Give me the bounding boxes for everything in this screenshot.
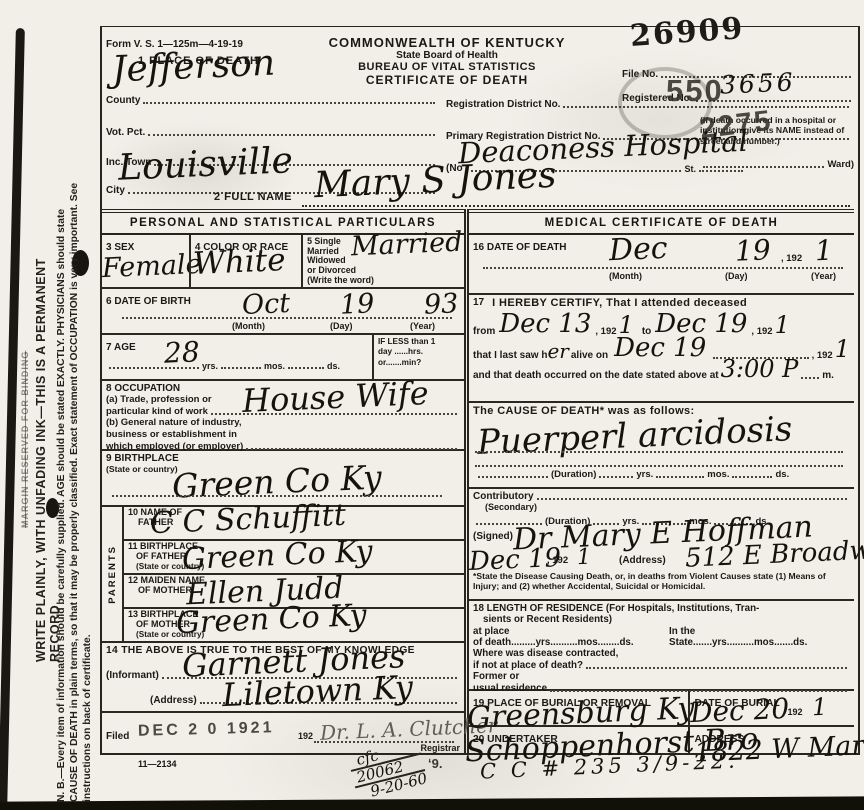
father-name-value: C C Schuffitt (149, 501, 346, 540)
personal-column: PERSONAL AND STATISTICAL PARTICULARS 3 S… (102, 209, 464, 753)
sex-race-marital-row: 3 SEX Female 4 COLOR OR RACE White 5 Sin… (102, 235, 464, 289)
occupation-b1: (b) General nature of industry, (106, 417, 460, 429)
parents-vertical-label: PARENTS (102, 507, 124, 641)
cause-duration-label: (Duration) (551, 469, 596, 480)
signed-year-value: 1 (577, 547, 592, 570)
informant-block: 14 THE ABOVE IS TRUE TO THE BEST OF MY K… (102, 643, 464, 713)
margin-note-binding: MARGIN RESERVED FOR BINDING (20, 296, 30, 528)
commonwealth-title: COMMONWEALTH OF KENTUCKY (282, 35, 612, 50)
contributory-row: Contributory (Secondary) (Duration) yrs.… (469, 489, 854, 601)
age-label: 7 AGE (106, 342, 136, 353)
header-titles: COMMONWEALTH OF KENTUCKY State Board of … (282, 35, 612, 87)
registration-district-value: 550 (666, 73, 724, 109)
dod-day-value: 19 (734, 236, 771, 266)
if-less-line-1: IF LESS than 1 (378, 337, 460, 347)
columns: PERSONAL AND STATISTICAL PARTICULARS 3 S… (102, 209, 854, 753)
vot-pct-label: Vot. Pct. (106, 127, 145, 138)
county-value: Jefferson (111, 45, 276, 88)
city-label: City (106, 185, 125, 196)
residence-row: 18 LENGTH OF RESIDENCE (For Hospitals, I… (469, 599, 854, 691)
certify-statement: I HEREBY CERTIFY, That I attended deceas… (492, 297, 747, 309)
attended-from-label: from (473, 326, 495, 337)
cause-footnote: *State the Disease Causing Death, or, in… (473, 571, 845, 592)
margin-note-nb: N. B.—Every item of information should b… (56, 174, 95, 802)
dod-year-hint: (Year) (811, 271, 836, 281)
undertaker-row: 20 UNDERTAKER Schoppenhorst Bro ADDRESS … (469, 727, 854, 753)
cause-ds: ds. (775, 469, 789, 480)
race-cell: 4 COLOR OR RACE White (189, 235, 301, 287)
parents-rows: 10 NAME OF FATHER C C Schuffitt 11 BIRTH… (124, 507, 464, 641)
street-st-label: St. (684, 164, 696, 174)
residence-at-place-2: of death.........yrs..........mos.......… (473, 637, 669, 648)
registered-no-value: 3656 (719, 69, 796, 97)
dod-month-hint: (Month) (609, 271, 642, 281)
last-saw-value: Dec 19 (614, 335, 706, 361)
vot-pct-line: Vot. Pct. (106, 127, 438, 138)
scan-edge-bottom (0, 796, 864, 810)
medical-column: MEDICAL CERTIFICATE OF DEATH 16 DATE OF … (464, 209, 854, 753)
cause-of-death-row: The CAUSE OF DEATH* was as follows: Puer… (469, 403, 854, 489)
last-saw-label: that I last saw h (473, 350, 547, 361)
time-m-label: m. (822, 370, 834, 381)
occupation-value: House Wife (241, 377, 429, 417)
dob-label: 6 DATE OF BIRTH (106, 296, 191, 307)
dob-day-value: 19 (339, 290, 375, 318)
occupation-a2: particular kind of work (106, 406, 208, 417)
footer-form-code: 11—2134 (138, 759, 177, 769)
signed-year-prefix: , 192 (547, 555, 568, 566)
bureau-title: BUREAU OF VITAL STATISTICS (282, 61, 612, 73)
alive-on-label: alive on (571, 350, 608, 361)
board-title: State Board of Health (282, 50, 612, 61)
county-line: County (106, 95, 438, 106)
signed-label: (Signed) (473, 531, 513, 542)
registration-district-label: Registration District No. (446, 99, 560, 110)
dod-year-value: 1 (814, 237, 833, 266)
attended-from-value: Dec 13 (499, 311, 591, 337)
signed-address-label: (Address) (619, 555, 666, 566)
if-less-line-2: day ......hrs. (378, 347, 460, 357)
last-saw-pronoun: er (547, 341, 568, 361)
death-certificate-scan: MARGIN RESERVED FOR BINDING WRITE PLAINL… (0, 0, 864, 810)
city-value: Louisville (117, 143, 293, 187)
occupation-row: 8 OCCUPATION (a) Trade, profession or pa… (102, 381, 464, 451)
age-cell: 7 AGE 28 yrs. mos. ds. (102, 335, 372, 379)
residence-contracted: Where was disease contracted, (473, 648, 850, 660)
burial-date-cell: DATE OF BURIAL Dec 20 , 192 1 (688, 691, 854, 725)
dob-month-value: Oct (241, 290, 290, 319)
residence-at-place-1: at place (473, 626, 669, 637)
residence-in-state-1: In the (669, 626, 850, 637)
occupation-b2: business or establishment in (106, 429, 460, 441)
filed-row: Filed DEC 2 0 1921 192 Dr. L. A. Clutche… (102, 713, 464, 753)
informant-address-value: Liletown Ky (221, 671, 413, 711)
dob-year-hint: (Year) (410, 321, 435, 331)
dod-month-value: Dec (608, 234, 668, 267)
certificate-form: Form V. S. 1—125m—4-19-19 COMMONWEALTH O… (100, 26, 860, 755)
burial-row: 19 PLACE OF BURIAL OR REMOVAL Greensburg… (469, 691, 854, 727)
certify-number: 17 (473, 297, 484, 308)
father-birthplace-value: Green Co Ky (181, 537, 373, 575)
certificate-number: 26909 (629, 11, 746, 54)
signed-address-value: 512 E Broadway (685, 536, 864, 571)
mother-birthplace-row: 13 BIRTHPLACE OF MOTHER (State or countr… (124, 609, 464, 641)
filed-year-prefix: 192 (298, 731, 313, 741)
certificate-title: CERTIFICATE OF DEATH (282, 73, 612, 87)
cause-yrs: yrs. (636, 469, 653, 480)
death-time-value: 3:00 P (721, 357, 799, 381)
residence-if-not: if not at place of death? (473, 660, 583, 671)
dob-day-hint: (Day) (330, 321, 353, 331)
county-label: County (106, 95, 140, 106)
filed-date-stamp: DEC 2 0 1921 (138, 719, 275, 741)
dod-year-prefix: , 192 (781, 253, 802, 264)
age-mos-label: mos. (264, 361, 285, 371)
father-name-row: 10 NAME OF FATHER C C Schuffitt (124, 507, 464, 541)
residence-former: Former or (473, 671, 850, 683)
if-less-line-3: or.......min? (378, 358, 460, 368)
occurred-label: and that death occurred on the date stat… (473, 370, 719, 381)
informant-label: (Informant) (106, 670, 159, 681)
burial-place-cell: 19 PLACE OF BURIAL OR REMOVAL Greensburg… (469, 691, 688, 725)
if-less-cell: IF LESS than 1 day ......hrs. or.......m… (372, 335, 464, 379)
date-of-death-row: 16 DATE OF DEATH Dec 19 , 192 1 (Month) … (469, 235, 854, 295)
marital-value: Married (351, 229, 464, 261)
residence-label-1: 18 LENGTH OF RESIDENCE (For Hospitals, I… (473, 603, 850, 614)
race-value: White (192, 245, 286, 280)
marital-cell: 5 Single Married Widowed or Divorced (Wr… (301, 235, 464, 287)
dob-line (122, 317, 452, 319)
ward-label: Ward) (827, 159, 854, 170)
burial-year-value: 1 (812, 695, 828, 720)
filed-label: Filed (106, 731, 129, 742)
residence-in-state-2: State.......yrs..........mos.......ds. (669, 637, 850, 648)
sex-cell: 3 SEX Female (102, 235, 189, 287)
full-name-line (302, 189, 850, 207)
to-year-prefix: , 192 (751, 326, 772, 337)
ink-smudge: ʻ9. (428, 756, 442, 771)
occupation-b3: which employed (or employer) (106, 441, 243, 452)
birthplace-row: 9 BIRTHPLACE (State or country) Green Co… (102, 451, 464, 507)
last-saw-year: 1 (835, 337, 850, 361)
dob-month-hint: (Month) (232, 321, 265, 331)
certify-row: 17 I HEREBY CERTIFY, That I attended dec… (469, 295, 854, 403)
parents-block: PARENTS 10 NAME OF FATHER C C Schuffitt … (102, 507, 464, 643)
mother-birthplace-value: Green Co Ky (175, 601, 367, 639)
attended-to-year: 1 (775, 313, 790, 337)
cause-mos: mos. (707, 469, 729, 480)
full-name-label: 2 FULL NAME (214, 191, 292, 203)
contributory-label: Contributory (473, 491, 534, 502)
age-yrs-label: yrs. (202, 361, 218, 371)
dob-row: 6 DATE OF BIRTH Oct 19 93 (Month) (Day) … (102, 289, 464, 335)
informant-address-label: (Address) (150, 695, 197, 706)
registrar-label: Registrar (420, 743, 460, 753)
date-of-death-label: 16 DATE OF DEATH (473, 242, 567, 253)
undertaker-cell: 20 UNDERTAKER Schoppenhorst Bro (469, 727, 688, 753)
age-ds-label: ds. (327, 361, 340, 371)
saw-year-prefix: , 192 (812, 350, 833, 361)
sex-value: Female (101, 251, 202, 282)
residence-label-2: sients or Recent Residents) (473, 614, 850, 625)
father-birthplace-row: 11 BIRTHPLACE OF FATHER (State or countr… (124, 541, 464, 575)
marital-hint: (Write the word) (307, 276, 460, 286)
dob-year-value: 93 (423, 290, 459, 318)
dod-day-hint: (Day) (725, 271, 748, 281)
burial-year-prefix: , 192 (782, 707, 802, 717)
